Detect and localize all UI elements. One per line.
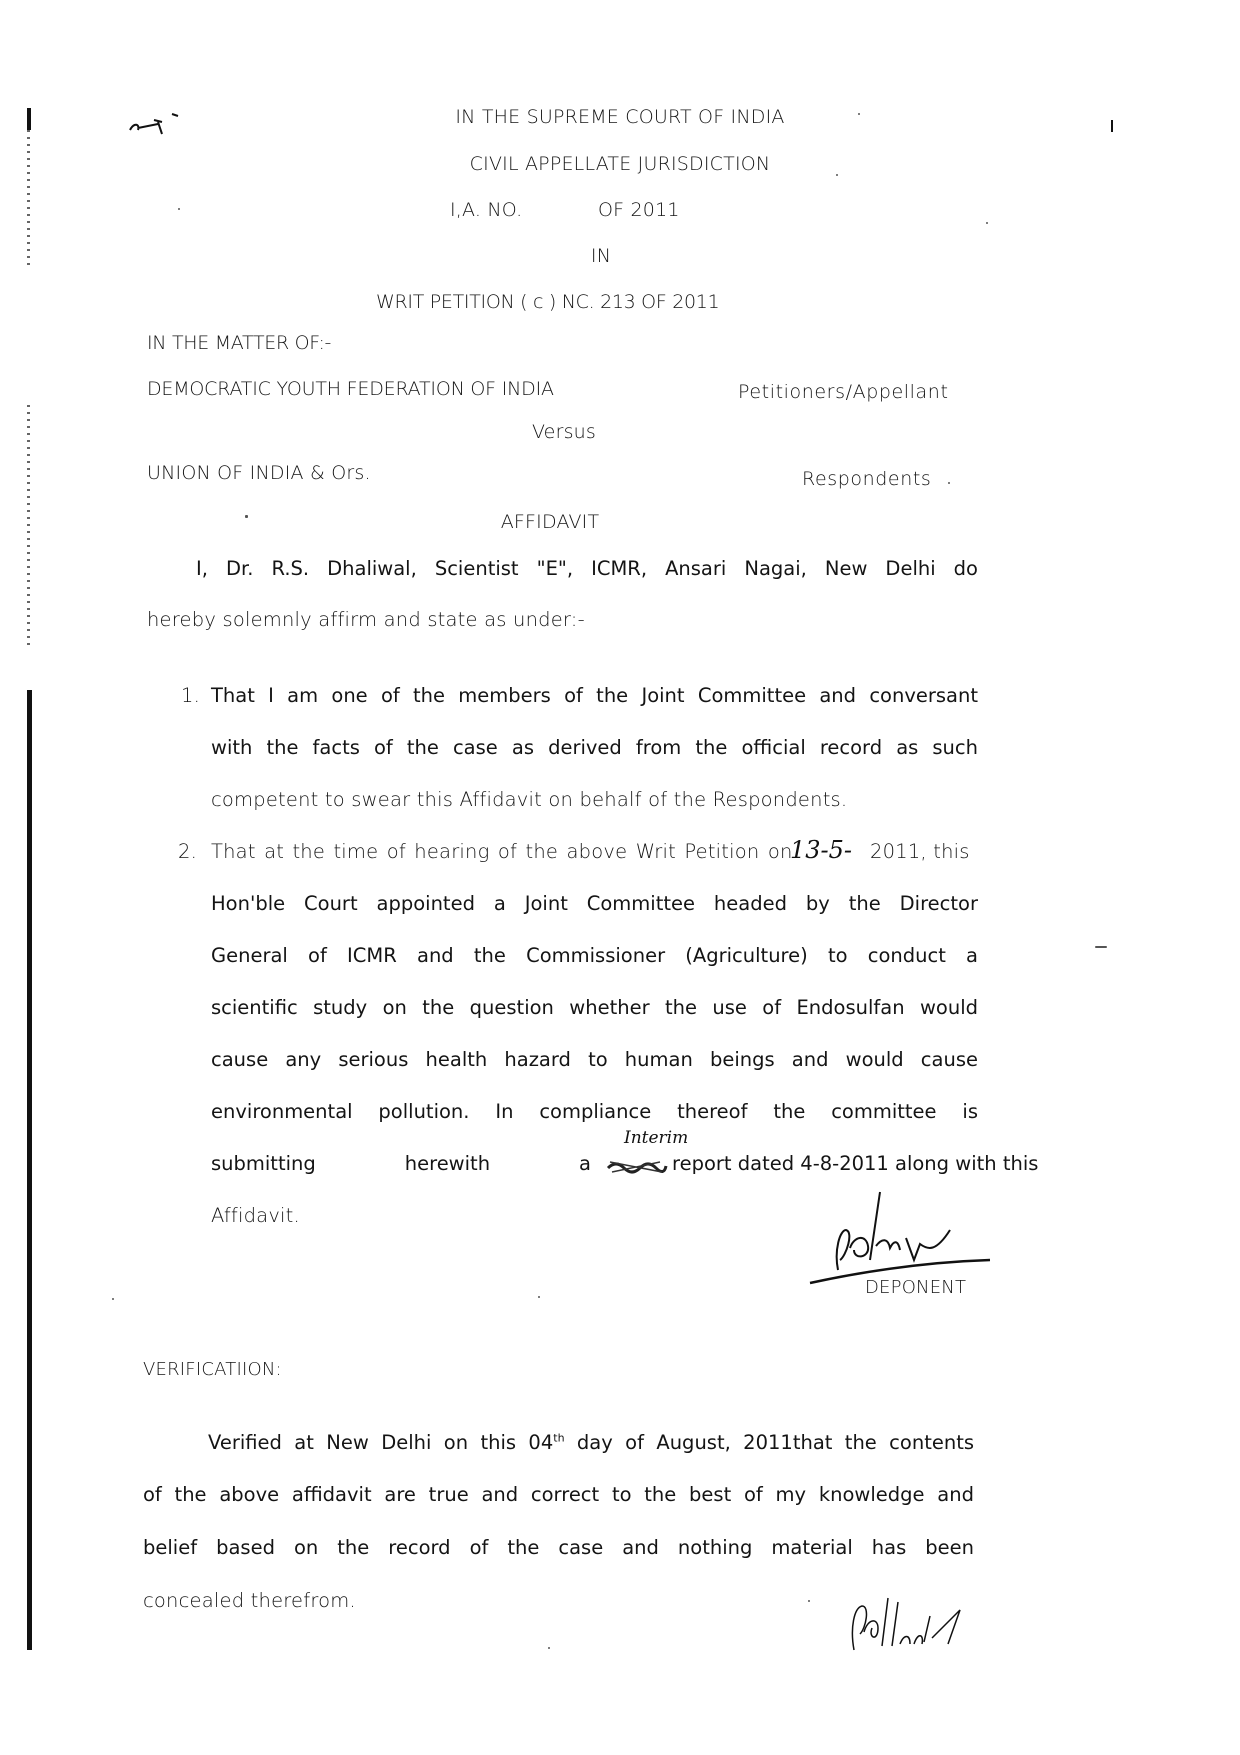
in-label: IN <box>591 245 611 267</box>
scan-speck <box>808 1600 810 1602</box>
verification-title: VERIFICATIION: <box>143 1359 282 1380</box>
court-heading: IN THE SUPREME COURT OF INDIA <box>455 106 784 128</box>
scan-speck <box>245 515 248 518</box>
writ-petition-heading: WRIT PETITION ( c ) NC. 213 OF 2011 <box>376 291 719 313</box>
typed-date-suffix: 2011, this <box>870 840 970 863</box>
scan-speck <box>548 1647 550 1649</box>
paragraph-2-line: environmental pollution. In compliance t… <box>211 1100 978 1123</box>
scan-speck <box>538 1296 540 1298</box>
struck-word-mark <box>606 1156 668 1176</box>
petitioner-name: DEMOCRATIC YOUTH FEDERATION OF INDIA <box>147 378 554 400</box>
verification-text: day of August, 2011that the contents <box>565 1431 974 1454</box>
scan-edge-line <box>27 690 32 1650</box>
scan-speck <box>986 222 988 224</box>
intro-line-2: hereby solemnly affirm and state as unde… <box>147 608 585 631</box>
document-page: IN THE SUPREME COURT OF INDIA CIVIL APPE… <box>0 0 1240 1755</box>
verification-line-1: Verified at New Delhi on this 04th day o… <box>208 1431 974 1454</box>
verification-ordinal: th <box>553 1432 564 1445</box>
intro-line-1: I, Dr. R.S. Dhaliwal, Scientist "E", ICM… <box>196 557 978 580</box>
scan-edge-top <box>27 108 31 130</box>
ia-year: OF 2011 <box>598 199 680 221</box>
scan-edge-dots <box>27 130 30 265</box>
paragraph-2-line: Hon'ble Court appointed a Joint Committe… <box>211 892 978 915</box>
deponent-signature-icon <box>810 1190 1000 1290</box>
paragraph-2-line: submitting herewith a <box>211 1152 591 1175</box>
paragraph-number: 1. <box>181 684 200 707</box>
affidavit-title: AFFIDAVIT <box>501 511 600 533</box>
handwritten-insertion: Interim <box>624 1128 688 1148</box>
petitioner-role: Petitioners/Appellant <box>738 381 949 403</box>
paragraph-1-line: That I am one of the members of the Join… <box>211 684 978 707</box>
verification-line: of the above affidavit are true and corr… <box>143 1483 974 1506</box>
scan-speck <box>112 1298 114 1300</box>
initials-mark-icon <box>124 108 184 138</box>
paragraph-2-line: report dated 4-8-2011 along with this <box>672 1152 978 1175</box>
scan-speck <box>836 174 838 176</box>
handwritten-hearing-date: 13-5- <box>790 836 852 864</box>
paragraph-1-line: competent to swear this Affidavit on beh… <box>211 788 847 811</box>
deponent-label: DEPONENT <box>865 1277 966 1298</box>
versus-label: Versus <box>532 421 596 443</box>
paragraph-2-line: General of ICMR and the Commissioner (Ag… <box>211 944 978 967</box>
paragraph-1-line: with the facts of the case as derived fr… <box>211 736 978 759</box>
respondent-name: UNION OF INDIA & Ors. <box>147 462 371 484</box>
respondent-role: Respondents <box>802 468 931 490</box>
scan-speck <box>178 208 180 210</box>
paragraph-2-line: cause any serious health hazard to human… <box>211 1048 978 1071</box>
paragraph-2-line: scientific study on the question whether… <box>211 996 978 1019</box>
verification-text: Verified at New Delhi on this 04 <box>208 1431 553 1454</box>
scan-speck <box>948 482 950 484</box>
verification-line: belief based on the record of the case a… <box>143 1536 974 1559</box>
paragraph-2-line: Affidavit. <box>211 1204 300 1227</box>
ia-number-label: I,A. NO. <box>450 199 522 221</box>
scan-speck <box>858 113 860 115</box>
verification-signature-icon <box>848 1598 1018 1650</box>
scan-speck <box>1095 946 1107 948</box>
paragraph-number: 2. <box>178 840 197 863</box>
paragraph-2-line: That at the time of hearing of the above… <box>211 840 793 863</box>
matter-label: IN THE MATTER OF:- <box>147 332 331 354</box>
scan-edge-dots <box>27 405 30 645</box>
jurisdiction-heading: CIVIL APPELLATE JURISDICTION <box>470 153 771 175</box>
verification-line: concealed therefrom. <box>143 1589 356 1612</box>
scan-edge-right <box>1111 120 1113 132</box>
